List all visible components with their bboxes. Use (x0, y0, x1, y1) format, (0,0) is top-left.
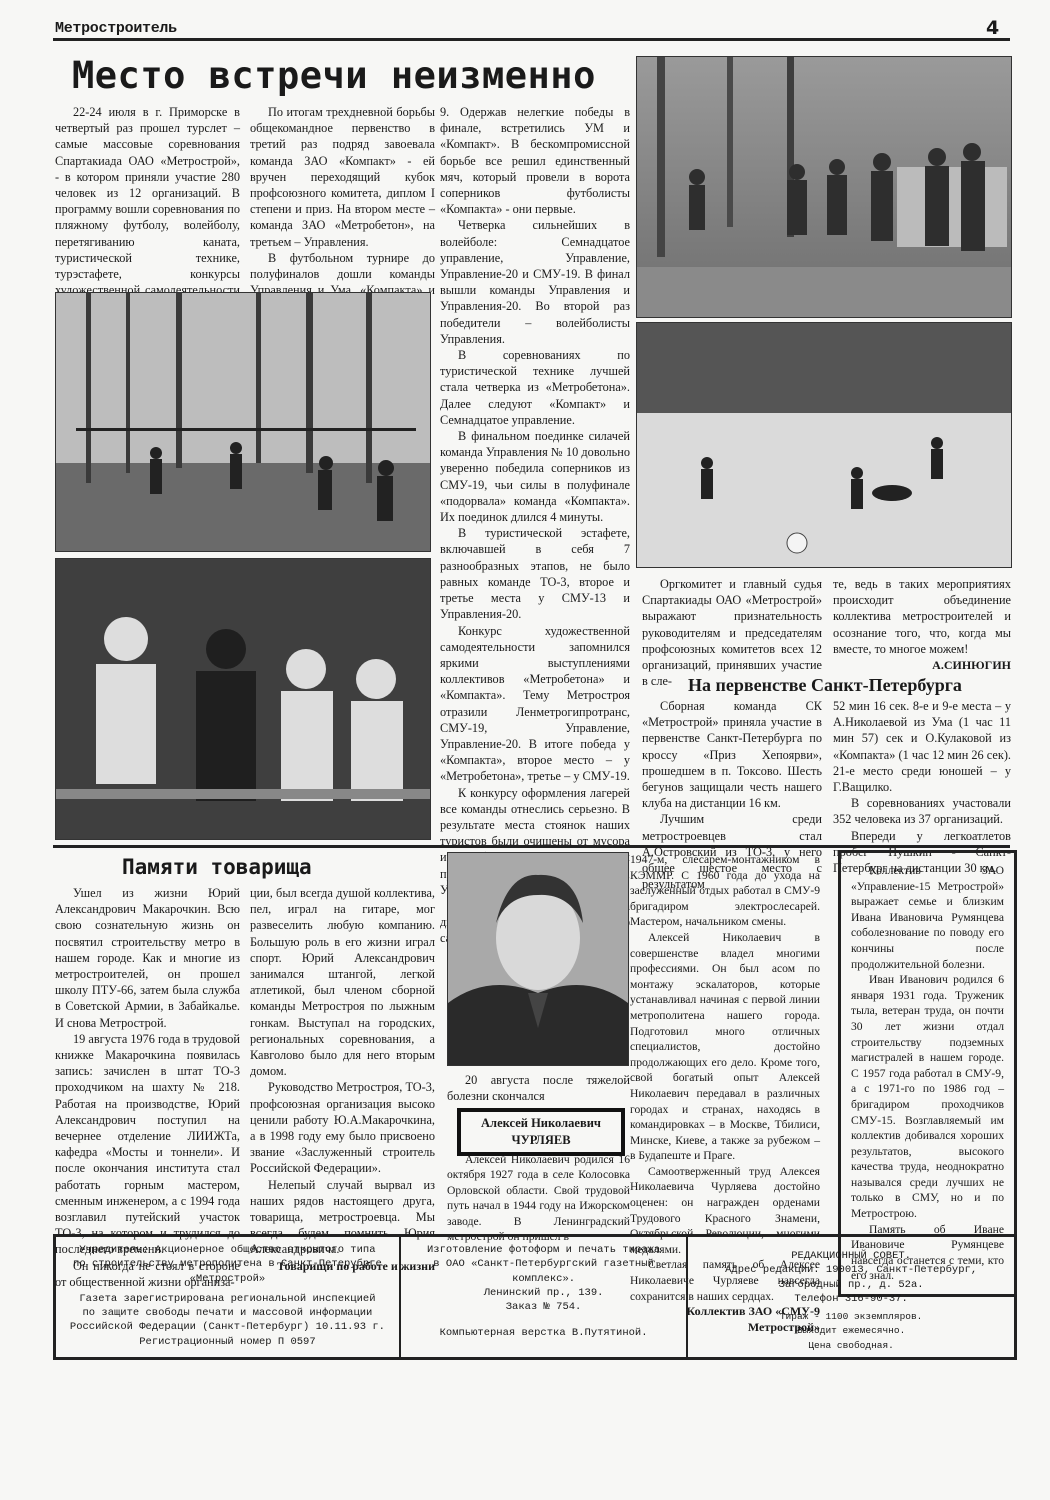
article-main-col5: те, ведь в таких мероприятиях происходит… (833, 576, 1011, 673)
photo-audience (55, 558, 431, 840)
imprint-founder: Учредитель: Акционерное общество открыто… (56, 1237, 401, 1357)
paragraph: Руководство Метростроя, ТО-3, профсоюзна… (250, 1079, 435, 1176)
headline-main: Место встречи неизменно (72, 54, 596, 97)
article-main-col1: 22-24 июля в г. Приморске в четвертый ра… (55, 104, 240, 315)
headline-memory: Памяти товарища (122, 855, 312, 879)
paragraph: 1947-м, слесарем-монтажником в КЭММР. С … (630, 852, 820, 930)
imprint-line: Компьютерная верстка В.Путятиной. (407, 1326, 680, 1340)
name-last: ЧУРЛЯЕВ (461, 1132, 621, 1149)
paragraph: 22-24 июля в г. Приморске в четвертый ра… (55, 104, 240, 315)
photo-crowd-outdoor (636, 56, 1012, 318)
imprint-editorial: РЕДАКЦИОННЫЙ СОВЕТ. Адрес редакции: 1900… (688, 1237, 1014, 1357)
paragraph: Алексей Николаевич родился 16 октября 19… (447, 1152, 630, 1244)
paragraph: Алексей Николаевич в совершенстве владел… (630, 930, 820, 1164)
name-box: Алексей Николаевич ЧУРЛЯЕВ (457, 1108, 625, 1156)
photo-volleyball (55, 292, 431, 552)
photo-beach-football (636, 322, 1012, 568)
article-memory-col1: Ушел из жизни Юрий Александрович Макароч… (55, 885, 240, 1290)
imprint-line: по защите свободы печати и массовой инфо… (62, 1306, 393, 1320)
headline-spb: На первенстве Санкт-Петербурга (688, 675, 962, 696)
paragraph: 9. Одержав нелегкие победы в финале, вст… (440, 104, 630, 217)
imprint-line: Изготовление фотоформ и печать тиража (407, 1243, 680, 1257)
imprint-line: РЕДАКЦИОННЫЙ СОВЕТ. (694, 1249, 1008, 1263)
page-number: 4 (986, 17, 999, 39)
article-main-col4: Оргкомитет и главный судья Спартакиады О… (642, 576, 822, 689)
imprint-line: Загородный пр., д. 52а. (694, 1278, 1008, 1292)
imprint-line: Регистрационный номер П 0597 (62, 1335, 393, 1349)
imprint-line: Выходит ежемесячно. (694, 1324, 1008, 1338)
imprint-line: Тираж - 1100 экземпляров. (694, 1310, 1008, 1324)
churlyaev-intro: 20 августа после тяжелой болезни скончал… (447, 1072, 630, 1104)
condolence-box: Коллектив ЗАО «Управление-15 Метрострой»… (838, 850, 1017, 1297)
paragraph: В финальном поединке силачей команда Упр… (440, 428, 630, 525)
imprint-line: «Метрострой» (62, 1272, 393, 1286)
paragraph: По итогам трехдневной борьбы общекомандн… (250, 104, 435, 250)
paragraph: Коллектив ЗАО «Управление-15 Метрострой»… (851, 863, 1004, 972)
article-churlyaev-col1: Алексей Николаевич родился 16 октября 19… (447, 1152, 630, 1244)
paragraph: ции, был всегда душой коллектива, пел, и… (250, 885, 435, 1079)
paragraph: 20 августа после тяжелой болезни скончал… (447, 1072, 630, 1104)
imprint-line: Цена свободная. (694, 1339, 1008, 1353)
paragraph: Оргкомитет и главный судья Спартакиады О… (642, 576, 822, 689)
imprint-line: Учредитель: Акционерное общество открыто… (62, 1243, 393, 1257)
paragraph: Сборная команда СК «Метрострой» приняла … (642, 698, 822, 811)
paragraph: Четверка сильнейших в волейболе: Семнадц… (440, 217, 630, 347)
name-first: Алексей Николаевич (461, 1115, 621, 1132)
imprint-line: в ОАО «Санкт-Петербургский газетный (407, 1257, 680, 1271)
imprint-footer: Учредитель: Акционерное общество открыто… (53, 1234, 1017, 1360)
paragraph: Иван Иванович родился 6 января 1931 года… (851, 972, 1004, 1222)
paragraph: Ушел из жизни Юрий Александрович Макароч… (55, 885, 240, 1031)
imprint-line: Ленинский пр., 139. (407, 1286, 680, 1300)
paragraph: В туристической эстафете, включавшей в с… (440, 525, 630, 622)
imprint-line: комплекс». (407, 1272, 680, 1286)
imprint-line: по строительству метрополитена в Санкт-П… (62, 1257, 393, 1271)
imprint-line: Телефон 316-90-37. (694, 1292, 1008, 1306)
paragraph: 19 августа 1976 года в трудовой книжке М… (55, 1031, 240, 1258)
imprint-line: Российской Федерации (Санкт-Петербург) 1… (62, 1320, 393, 1334)
article-main-col2: По итогам трехдневной борьбы общекомандн… (250, 104, 435, 315)
paragraph: Конкурс художественной самодеятельности … (440, 623, 630, 785)
paragraph: В соревнованиях участовали 352 человека … (833, 795, 1011, 827)
signature-sinyugin: А.СИНЮГИН (833, 657, 1011, 673)
imprint-printing: Изготовление фотоформ и печать тиража в … (401, 1237, 688, 1357)
article-memory-col2: ции, был всегда душой коллектива, пел, и… (250, 885, 435, 1274)
paragraph: В соревнованиях по туристической технике… (440, 347, 630, 428)
paragraph: те, ведь в таких мероприятиях происходит… (833, 576, 1011, 657)
header-rule (53, 38, 1010, 41)
imprint-line: Адрес редакции: 190013, Санкт-Петербург, (694, 1263, 1008, 1277)
portrait-photo (447, 852, 629, 1066)
imprint-line: Заказ № 754. (407, 1300, 680, 1314)
section-rule (53, 845, 1010, 848)
imprint-line: Газета зарегистрирована региональной инс… (62, 1292, 393, 1306)
paragraph: 52 мин 16 сек. 8-е и 9-е места – у А.Ник… (833, 698, 1011, 795)
masthead: Метростроитель (55, 20, 177, 37)
article-main-col3: 9. Одержав нелегкие победы в финале, вст… (440, 104, 630, 947)
